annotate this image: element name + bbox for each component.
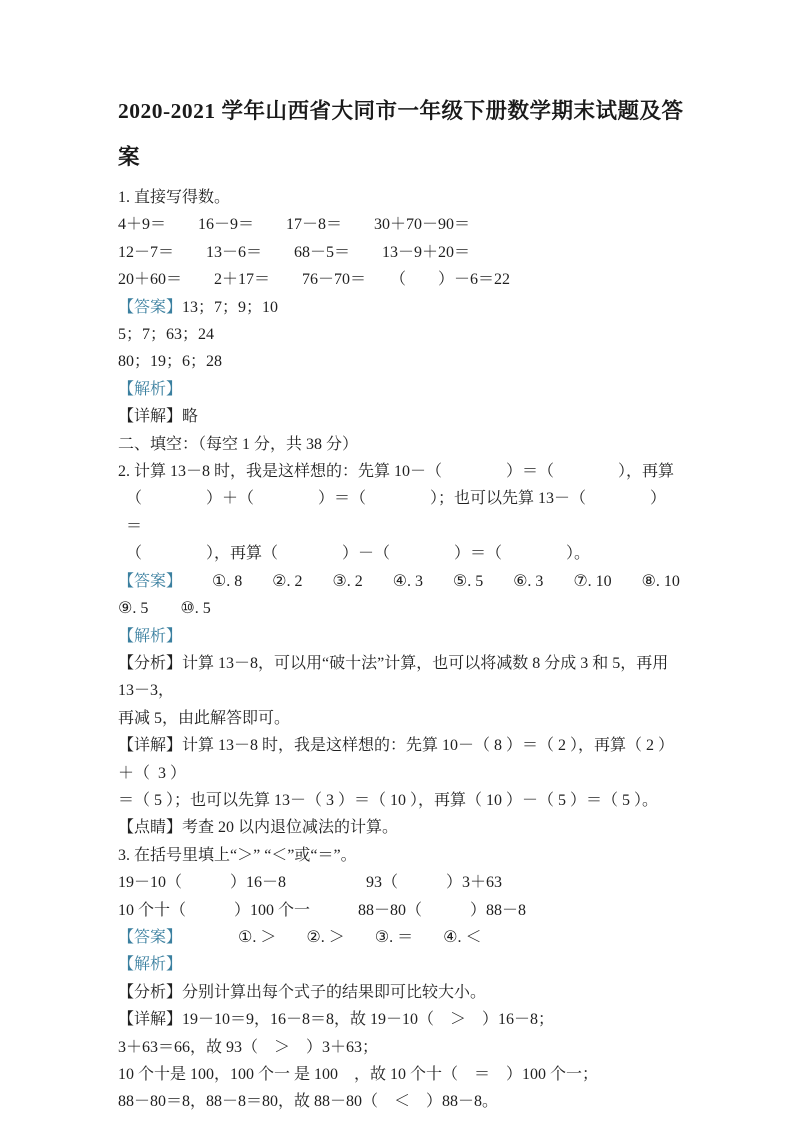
answer-item: ③. 2 [332,568,362,595]
line-text: 3. 在括号里填上“＞” “＜”或“＝”。 [118,847,357,864]
document-page: 2020-2021 学年山西省大同市一年级下册数学期末试题及答 案 1. 直接写… [0,0,793,1122]
line-text: 【详解】略 [118,408,198,425]
bracket-label: 【解析】 [118,956,182,973]
text-line: 10 个十是 100，100 个一 是 100 ，故 10 个十（ ＝ ）100… [118,1061,680,1088]
line-text: 【分析】分别计算出每个式子的结果即可比较大小。 [118,984,486,1001]
text-line: 4＋9＝ 16－9＝ 17－8＝ 30＋70－90＝ [118,211,680,238]
line-text: 20＋60＝ 2＋17＝ 76－70＝ （ ）－6＝22 [118,271,510,288]
text-line: （ ）＋（ ）＝（ ）；也可以先算 13－（ ）＝ [118,485,680,540]
document-body: 1. 直接写得数。4＋9＝ 16－9＝ 17－8＝ 30＋70－90＝12－7＝… [118,184,680,1116]
text-line: 2. 计算 13－8 时，我是这样想的：先算 10－（ ）＝（ ），再算 [118,458,680,485]
line-text: 10 个十（ ）100 个一 88－80（ ）88－8 [118,902,526,919]
page-title: 2020-2021 学年山西省大同市一年级下册数学期末试题及答 案 [118,88,680,180]
text-line: 【点睛】考查 20 以内退位减法的计算。 [118,814,680,841]
line-text: 【详解】19－10＝9，16－8＝8，故 19－10（ ＞ ）16－8； [118,1011,554,1028]
text-line: 10 个十（ ）100 个一 88－80（ ）88－8 [118,897,680,924]
text-line: 5；7；63；24 [118,321,680,348]
line-text: 3＋63＝66，故 93（ ＞ ）3＋63； [118,1039,378,1056]
line-text: 【详解】计算 13－8 时，我是这样想的：先算 10－（ 8 ）＝（ 2 ），再… [118,737,674,781]
bracket-label: 【解析】 [118,628,182,645]
line-text: 【点睛】考查 20 以内退位减法的计算。 [118,819,398,836]
line-text: 再减 5，由此解答即可。 [118,710,290,727]
answer-item: ⑧. 10 [642,568,680,595]
line-text: 80；19；6；28 [118,353,222,370]
text-line: 3. 在括号里填上“＞” “＜”或“＝”。 [118,842,680,869]
text-line: ＝（ 5 ）；也可以先算 13－（ 3 ）＝（ 10 ），再算（ 10 ）－（ … [118,787,680,814]
line-text: 88－80＝8，88－8＝80，故 88－80（ ＜ ）88－8。 [118,1093,498,1110]
text-line: 【分析】分别计算出每个式子的结果即可比较大小。 [118,979,680,1006]
text-line: 1. 直接写得数。 [118,184,680,211]
text-line: ⑨. 5 ⑩. 5 [118,595,680,622]
text-line: 88－80＝8，88－8＝80，故 88－80（ ＜ ）88－8。 [118,1088,680,1115]
line-text: 1. 直接写得数。 [118,189,230,206]
line-text: 4＋9＝ 16－9＝ 17－8＝ 30＋70－90＝ [118,216,470,233]
text-line: 再减 5，由此解答即可。 [118,705,680,732]
line-text: 5；7；63；24 [118,326,214,343]
line-text: 10 个十是 100，100 个一 是 100 ，故 10 个十（ ＝ ）100… [118,1066,598,1083]
text-line: 【详解】19－10＝9，16－8＝8，故 19－10（ ＞ ）16－8； [118,1006,680,1033]
text-line: 【解析】 [118,623,680,650]
text-line: 【详解】计算 13－8 时，我是这样想的：先算 10－（ 8 ）＝（ 2 ），再… [118,732,680,787]
line-text: 12－7＝ 13－6＝ 68－5＝ 13－9＋20＝ [118,244,470,261]
text-line: 20＋60＝ 2＋17＝ 76－70＝ （ ）－6＝22 [118,266,680,293]
page-title-line-1: 2020-2021 学年山西省大同市一年级下册数学期末试题及答 [118,88,680,134]
text-line: 【答案】13；7；9；10 [118,294,680,321]
text-line: 【答案】①. ＞②. ＞③. ＝④. ＜ [118,924,680,951]
answer-item: ①. 8 [212,568,242,595]
answer-item: ⑦. 10 [573,568,611,595]
text-line: 【解析】 [118,376,680,403]
answer-item: ⑥. 3 [513,568,543,595]
answer-item: ②. 2 [272,568,302,595]
text-line: 3＋63＝66，故 93（ ＞ ）3＋63； [118,1034,680,1061]
document-content: 2020-2021 学年山西省大同市一年级下册数学期末试题及答 案 1. 直接写… [118,88,680,1116]
line-text: （ ），再算（ ）－（ ）＝（ ）。 [126,545,590,562]
text-line: 【解析】 [118,951,680,978]
bracket-label: 【答案】 [118,924,182,951]
line-text: 二、填空：（每空 1 分，共 38 分） [118,436,358,453]
line-text: ⑨. 5 ⑩. 5 [118,600,211,617]
line-text: （ ）＋（ ）＝（ ）；也可以先算 13－（ ）＝ [126,490,666,534]
line-text: ＝（ 5 ）；也可以先算 13－（ 3 ）＝（ 10 ），再算（ 10 ）－（ … [118,792,658,809]
bracket-label: 【解析】 [118,381,182,398]
line-text: 2. 计算 13－8 时，我是这样想的：先算 10－（ ）＝（ ），再算 [118,463,674,480]
text-line: 80；19；6；28 [118,348,680,375]
answer-item: ④. 3 [393,568,423,595]
answer-item: ①. ＞ [238,924,276,951]
line-text: 19－10（ ）16－8 93（ ）3＋63 [118,874,502,891]
text-line: （ ），再算（ ）－（ ）＝（ ）。 [118,540,680,567]
text-line: 二、填空：（每空 1 分，共 38 分） [118,431,680,458]
text-line: 【答案】①. 8②. 2③. 2④. 3⑤. 5⑥. 3⑦. 10⑧. 10 [118,568,680,595]
text-line: 【详解】略 [118,403,680,430]
line-text: 13；7；9；10 [182,299,278,316]
answer-item: ④. ＜ [443,924,481,951]
page-title-line-2: 案 [118,134,680,180]
text-line: 12－7＝ 13－6＝ 68－5＝ 13－9＋20＝ [118,239,680,266]
answer-item: ②. ＞ [306,924,344,951]
text-line: 19－10（ ）16－8 93（ ）3＋63 [118,869,680,896]
answer-item: ⑤. 5 [453,568,483,595]
line-text: 【分析】计算 13－8，可以用“破十法”计算，也可以将减数 8 分成 3 和 5… [118,655,672,699]
answer-item: ③. ＝ [375,924,413,951]
bracket-label: 【答案】 [118,299,182,316]
bracket-label: 【答案】 [118,568,182,595]
text-line: 【分析】计算 13－8，可以用“破十法”计算，也可以将减数 8 分成 3 和 5… [118,650,680,705]
